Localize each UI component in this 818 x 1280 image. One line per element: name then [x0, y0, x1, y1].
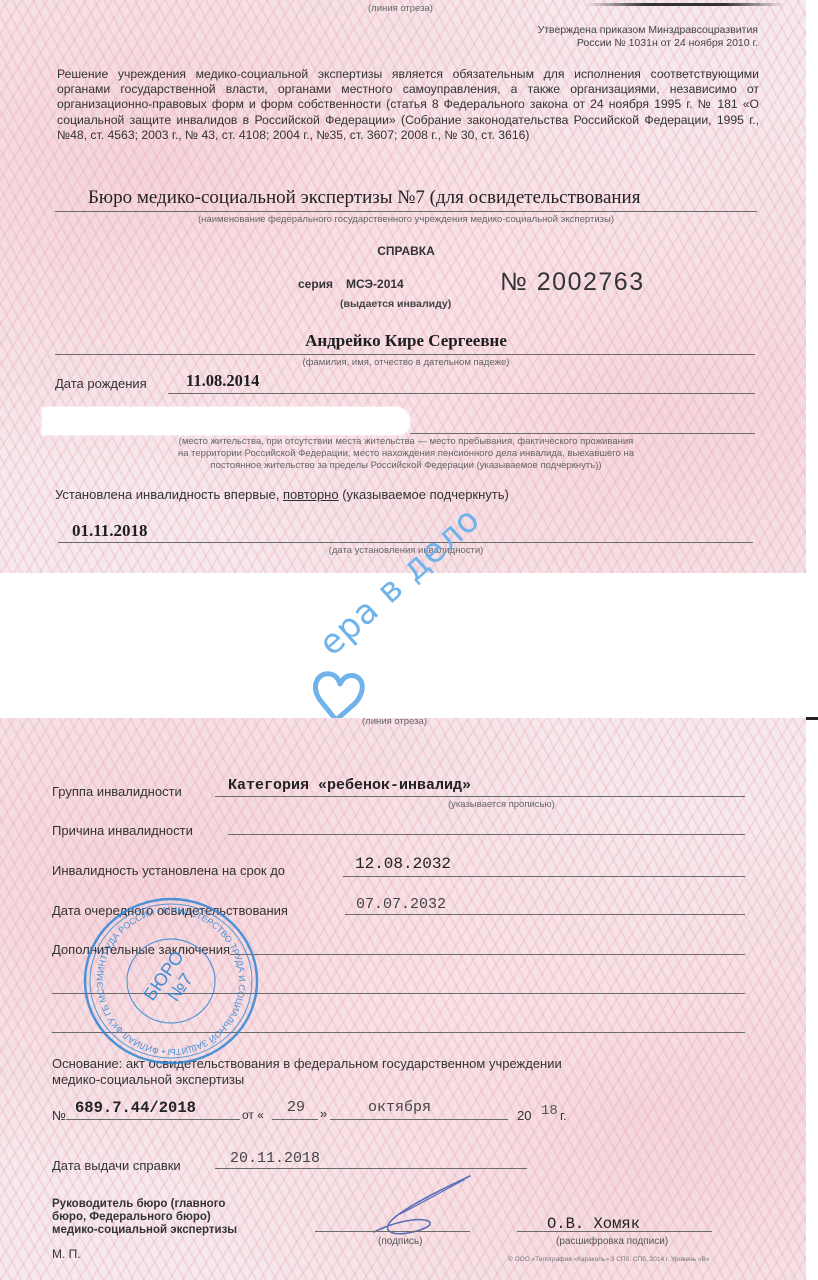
additional-underline-1	[230, 954, 745, 955]
next-exam-value: 07.07.2032	[356, 896, 446, 913]
act-number-underline	[66, 1119, 240, 1120]
dob-underline	[168, 393, 755, 394]
issue-date-label: Дата выдачи справки	[52, 1158, 181, 1173]
approval-line-2: России № 1031н от 24 ноября 2010 г.	[538, 37, 758, 50]
next-exam-underline	[345, 914, 745, 915]
certificate-number: № 2002763	[500, 268, 645, 297]
cut-line-mark	[585, 3, 785, 6]
act-number-value: 689.7.44/2018	[75, 1099, 196, 1117]
institution-underline	[55, 211, 757, 212]
person-name: Андрейко Кире Сергеевне	[0, 331, 806, 351]
address-caption-line-1: (место жительства, при отсутствии места …	[0, 436, 806, 448]
address-caption: (место жительства, при отсутствии места …	[0, 436, 806, 472]
series-label: серия	[298, 277, 333, 291]
group-underline	[215, 796, 745, 797]
certificate-bottom-sheet: (линия отреза) Группа инвалидности Катег…	[0, 718, 806, 1280]
act-day-underline	[272, 1119, 318, 1120]
official-stamp: МИНТРУДА РОССИИ • МИНИСТЕРСТВО ТРУДА И С…	[82, 892, 260, 1070]
series-value: МСЭ-2014	[346, 277, 404, 291]
signer-caption: (расшифровка подписи)	[556, 1236, 668, 1247]
mp-label: М. П.	[52, 1247, 81, 1261]
document-title: СПРАВКА	[0, 244, 806, 258]
term-label: Инвалидность установлена на срок до	[52, 863, 285, 878]
address-redaction	[42, 407, 410, 435]
cut-line-label-top: (линия отреза)	[368, 3, 433, 14]
established-underlined-option: повторно	[283, 487, 339, 502]
established-suffix: (указываемое подчеркнуть)	[339, 487, 509, 502]
basis-line-2: медико-социальной экспертизы	[52, 1072, 562, 1088]
term-value: 12.08.2032	[355, 855, 451, 873]
group-value: Категория «ребенок-инвалид»	[228, 777, 471, 794]
established-date-underline	[58, 542, 753, 543]
certificate-top-sheet: (линия отреза) Утверждена приказом Минзд…	[0, 0, 806, 573]
address-underline	[410, 433, 755, 434]
act-month: октября	[368, 1099, 431, 1116]
cut-line-label-bottom: (линия отреза)	[362, 718, 427, 727]
act-year-end: г.	[560, 1108, 567, 1123]
act-day: 29	[287, 1099, 305, 1116]
act-year-suffix: 18	[541, 1103, 558, 1119]
address-caption-line-2: на территории Российской Федерации, мест…	[0, 448, 806, 460]
institution-name: Бюро медико-социальной экспертизы №7 (дл…	[88, 187, 640, 209]
act-number-prefix: №	[52, 1108, 66, 1123]
issue-date-underline	[215, 1168, 527, 1169]
stamp-icon: МИНТРУДА РОССИИ • МИНИСТЕРСТВО ТРУДА И С…	[82, 892, 260, 1070]
signer-name-underline	[517, 1231, 712, 1232]
address-caption-line-3: постоянное жительство за пределы Российс…	[0, 460, 806, 472]
dob-value: 11.08.2014	[186, 371, 259, 391]
group-caption: (указывается прописью)	[448, 799, 555, 810]
printer-imprint: © ООО «Типография «Караколь» 3 СПб. СПб,…	[508, 1256, 709, 1263]
issue-date-value: 20.11.2018	[230, 1150, 320, 1167]
term-underline	[343, 876, 745, 877]
established-date: 01.11.2018	[72, 521, 148, 541]
established-prefix: Установлена инвалидность впервые,	[55, 487, 283, 502]
cause-label: Причина инвалидности	[52, 823, 193, 838]
head-title: Руководитель бюро (главного бюро, Федера…	[52, 1198, 237, 1237]
act-day-close: »	[320, 1106, 327, 1121]
signature-caption: (подпись)	[378, 1236, 422, 1247]
head-title-line-3: медико-социальной экспертизы	[52, 1224, 237, 1237]
approval-note: Утверждена приказом Минздравсоцразвития …	[538, 24, 758, 50]
legal-paragraph: Решение учреждения медико-социальной экс…	[57, 67, 759, 143]
act-from-label: от «	[242, 1108, 264, 1122]
head-title-line-1: Руководитель бюро (главного	[52, 1198, 237, 1211]
person-name-caption: (фамилия, имя, отчество в дательном паде…	[0, 357, 806, 368]
signature-underline	[315, 1231, 470, 1232]
approval-line-1: Утверждена приказом Минздравсоцразвития	[538, 24, 758, 37]
person-name-underline	[55, 354, 755, 355]
institution-caption: (наименование федерального государственн…	[0, 214, 806, 225]
cut-mark	[806, 717, 818, 720]
group-label: Группа инвалидности	[52, 784, 182, 799]
act-month-underline	[330, 1119, 508, 1120]
head-title-line-2: бюро, Федерального бюро)	[52, 1211, 237, 1224]
established-line: Установлена инвалидность впервые, повтор…	[55, 487, 509, 502]
dob-label: Дата рождения	[55, 376, 147, 391]
cause-underline	[228, 834, 745, 835]
act-year-prefix: 20	[517, 1108, 531, 1123]
issued-to-caption: (выдается инвалиду)	[340, 298, 451, 310]
watermark: ера в дело	[312, 552, 552, 732]
